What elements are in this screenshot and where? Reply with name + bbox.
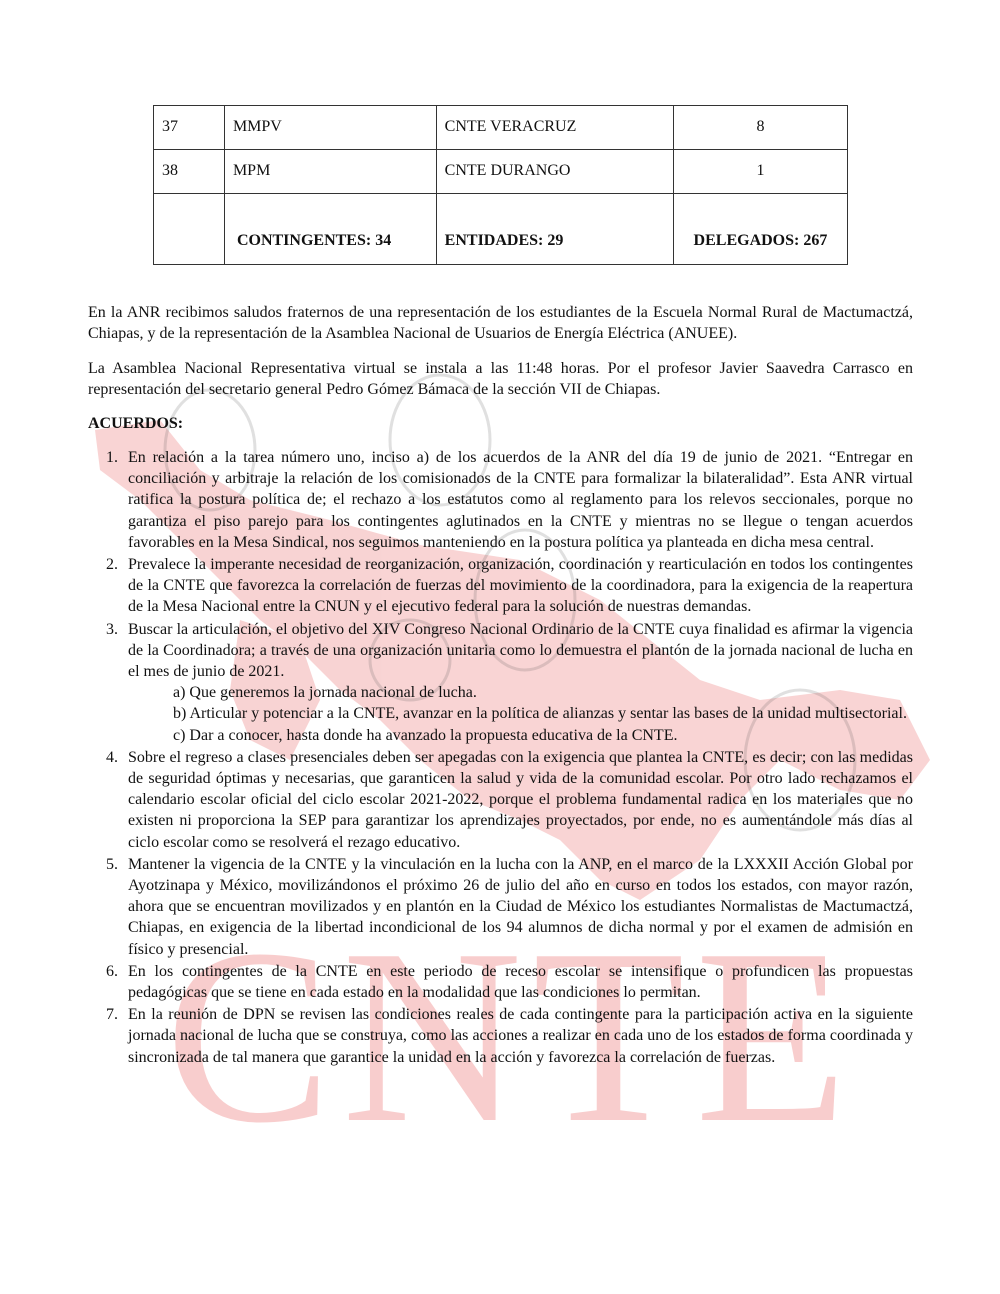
total-entidades: ENTIDADES: 29 (436, 194, 673, 265)
entity: CNTE VERACRUZ (436, 106, 673, 150)
acuerdo-item: 6. En los contingentes de la CNTE en est… (88, 961, 913, 1003)
subitem: a) Que generemos la jornada nacional de … (88, 682, 913, 703)
acuerdo-text: Buscar la articulación, el objetivo del … (128, 621, 913, 680)
delegates-count: 1 (673, 150, 847, 194)
acuerdo-item: 2. Prevalece la imperante necesidad de r… (88, 554, 913, 618)
acuerdo-item: 5. Mantener la vigencia de la CNTE y la … (88, 854, 913, 960)
acuerdos-heading: ACUERDOS: (88, 415, 183, 433)
acuerdo-number: 5. (106, 854, 118, 875)
acuerdo-number: 4. (106, 747, 118, 768)
entity: CNTE DURANGO (436, 150, 673, 194)
acuerdo-item: 4. Sobre el regreso a clases presenciale… (88, 747, 913, 853)
total-contingentes: CONTINGENTES: 34 (224, 194, 436, 265)
subitem: c) Dar a conocer, hasta donde ha avanzad… (88, 725, 913, 746)
greetings-paragraph: En la ANR recibimos saludos fraternos de… (88, 302, 913, 344)
acuerdo-item: 1. En relación a la tarea número uno, in… (88, 447, 913, 553)
acuerdo-number: 3. (106, 619, 118, 640)
acuerdo-text: En relación a la tarea número uno, incis… (128, 449, 913, 551)
acuerdo-text: Sobre el regreso a clases presenciales d… (128, 749, 913, 851)
acuerdo-number: 6. (106, 961, 118, 982)
organization: MPM (224, 150, 436, 194)
delegates-table: 37 MMPV CNTE VERACRUZ 8 38 MPM CNTE DURA… (153, 105, 848, 265)
delegates-count: 8 (673, 106, 847, 150)
total-delegados: DELEGADOS: 267 (673, 194, 847, 265)
installation-paragraph: La Asamblea Nacional Representativa virt… (88, 358, 913, 400)
empty-cell (154, 194, 225, 265)
subitem: b) Articular y potenciar a la CNTE, avan… (88, 703, 913, 724)
acuerdo-text: Mantener la vigencia de la CNTE y la vin… (128, 856, 913, 958)
row-number: 37 (154, 106, 225, 150)
organization: MMPV (224, 106, 436, 150)
subitem-list: a) Que generemos la jornada nacional de … (88, 682, 913, 746)
acuerdo-item: 7. En la reunión de DPN se revisen las c… (88, 1004, 913, 1068)
acuerdo-text: Prevalece la imperante necesidad de reor… (128, 556, 913, 615)
table-row: 38 MPM CNTE DURANGO 1 (154, 150, 848, 194)
acuerdo-subitems: a) Que generemos la jornada nacional de … (88, 682, 913, 746)
acuerdo-text: En los contingentes de la CNTE en este p… (128, 963, 913, 1001)
acuerdos-list: 1. En relación a la tarea número uno, in… (88, 447, 913, 1069)
row-number: 38 (154, 150, 225, 194)
acuerdo-item: 3. Buscar la articulación, el objetivo d… (88, 619, 913, 683)
table-row: 37 MMPV CNTE VERACRUZ 8 (154, 106, 848, 150)
acuerdo-number: 1. (106, 447, 118, 468)
acuerdo-number: 2. (106, 554, 118, 575)
acuerdo-number: 7. (106, 1004, 118, 1025)
acuerdo-text: En la reunión de DPN se revisen las cond… (128, 1006, 913, 1065)
totals-row: CONTINGENTES: 34 ENTIDADES: 29 DELEGADOS… (154, 194, 848, 265)
